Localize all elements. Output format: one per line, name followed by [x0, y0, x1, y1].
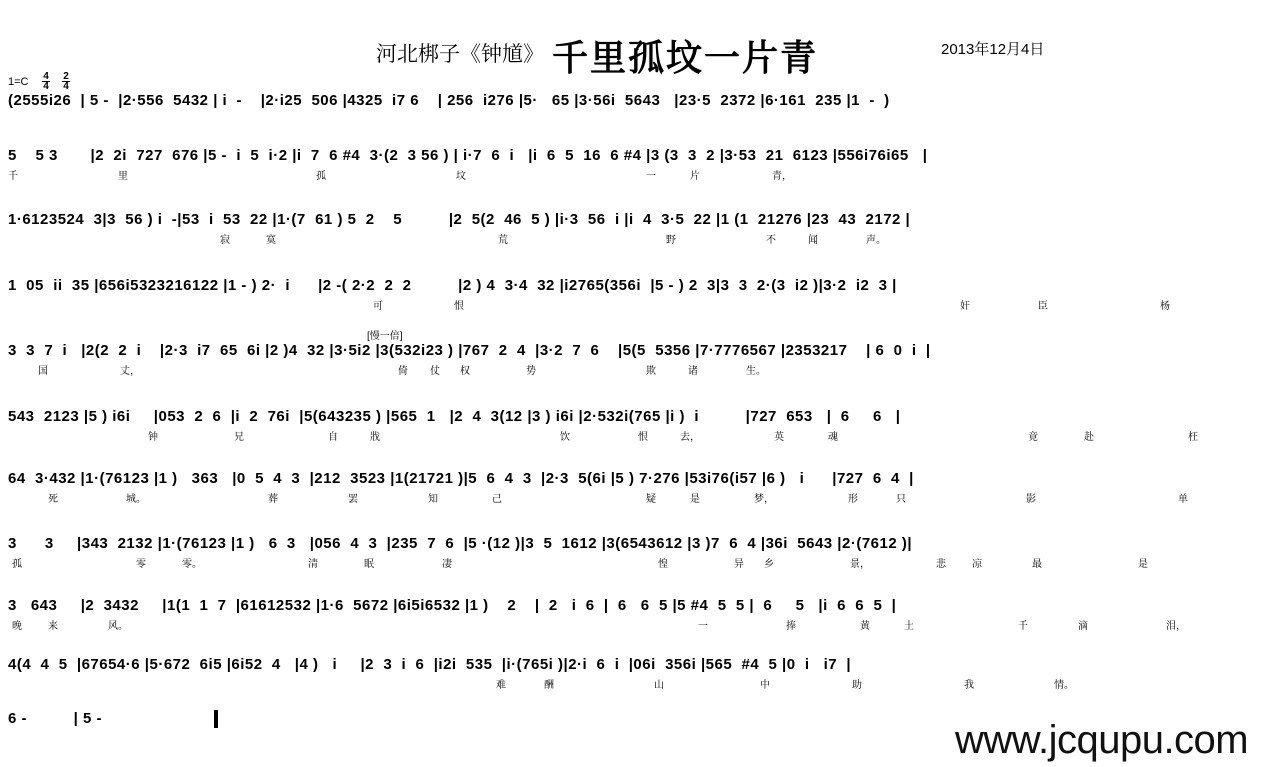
score-row: 4(4 4 5 |67654·6 |5·672 6i5 |6i52 4 |4 )… [8, 656, 1278, 696]
lyric-char: 戕 [370, 428, 380, 443]
lyric-char: 我 [964, 676, 974, 691]
lyric-char: 酬 [544, 676, 554, 691]
lyrics-line: 可恨奸臣杨 [8, 297, 1278, 313]
lyric-char: 千 [8, 167, 18, 182]
lyric-char: 一 [646, 167, 656, 182]
lyric-char: 乡 [764, 555, 774, 570]
lyric-char: 钟 [148, 428, 158, 443]
lyric-char: 情。 [1054, 676, 1074, 691]
score-row: 543 2123 |5 ) i6i |053 2 6 |i 2 76i |5(6… [8, 408, 1278, 448]
lyric-char: 凄 [442, 555, 452, 570]
lyric-char: 单 [1178, 490, 1188, 505]
lyric-char: 罢 [348, 490, 358, 505]
opera-subtitle: 河北梆子《钟馗》 [376, 38, 544, 68]
lyric-char: 孤 [316, 167, 326, 182]
lyric-char: 来 [48, 617, 58, 632]
lyric-char: 晚 [12, 617, 22, 632]
lyric-char: 兄 [234, 428, 244, 443]
lyric-char: 己 [492, 490, 502, 505]
lyric-char: 野 [666, 231, 676, 246]
lyric-char: 零 [136, 555, 146, 570]
time-signature-4-4: 4 4 [42, 72, 50, 91]
lyric-char: 生。 [746, 362, 766, 377]
lyric-char: 杨 [1160, 297, 1170, 312]
lyric-char: 黄 [860, 617, 870, 632]
score-row: 3 3 7 i |2(2 2 i |2·3 i7 65 6i |2 )4 32 … [8, 342, 1278, 382]
lyric-char: 土 [904, 617, 914, 632]
lyric-char: 疑 [646, 490, 656, 505]
lyric-char: 寂 [220, 231, 230, 246]
lyrics-line: 晚来风。一捧黄土千滴泪， [8, 617, 1278, 633]
lyrics-line: 难酬山中助我情。 [8, 676, 1278, 692]
lyric-char: 是 [690, 490, 700, 505]
time-sig-top: 4 [42, 72, 50, 81]
notation-line: 5 5 3 |2 2i 727 676 |5 - i 5 i·2 |i 7 6 … [8, 147, 927, 164]
notation-line: 1·6123524 3|3 56 ) i -|53 i 53 22 |1·(7 … [8, 211, 910, 228]
final-barline [214, 710, 218, 728]
lyric-char: 零。 [182, 555, 202, 570]
lyric-char: 仗 [430, 362, 440, 377]
lyric-char: 难 [496, 676, 506, 691]
key-signature: 1=C [8, 76, 29, 88]
lyric-char: 不 [766, 231, 776, 246]
lyric-char: 奸 [960, 297, 970, 312]
lyric-char: 知 [428, 490, 438, 505]
lyric-char: 眠 [364, 555, 374, 570]
lyric-char: 恨 [454, 297, 464, 312]
score-row: 1·6123524 3|3 56 ) i -|53 i 53 22 |1·(7 … [8, 211, 1278, 251]
lyric-char: 势 [526, 362, 536, 377]
lyrics-line: 死城。葬罢知己疑是梦，形只影单 [8, 490, 1278, 506]
lyric-char: 城。 [126, 490, 146, 505]
lyric-char: 滴 [1078, 617, 1088, 632]
lyric-char: 坟 [456, 167, 466, 182]
lyrics-line: 千里孤坟一片青， [8, 167, 1278, 183]
notation-line: 543 2123 |5 ) i6i |053 2 6 |i 2 76i |5(6… [8, 408, 901, 425]
lyric-char: 助 [852, 676, 862, 691]
score-row: (2555i26 | 5 - |2·556 5432 | i - |2·i25 … [8, 92, 1278, 132]
lyric-char: 竟 [1028, 428, 1038, 443]
lyric-char: 荒 [498, 231, 508, 246]
lyric-char: 只 [896, 490, 906, 505]
lyric-char: 泪， [1166, 617, 1186, 632]
notation-line: (2555i26 | 5 - |2·556 5432 | i - |2·i25 … [8, 92, 890, 109]
notation-line: 1 05 ii 35 |656i5323216122 |1 - ) 2· i |… [8, 277, 897, 294]
lyric-char: 里 [118, 167, 128, 182]
lyric-char: 梦， [754, 490, 774, 505]
lyric-char: 闻 [808, 231, 818, 246]
lyric-char: 诸 [688, 362, 698, 377]
notation-line: 3 3 7 i |2(2 2 i |2·3 i7 65 6i |2 )4 32 … [8, 342, 931, 359]
lyric-char: 英 [774, 428, 784, 443]
notation-line: 64 3·432 |1·(76123 |1 ) 363 |0 5 4 3 |21… [8, 470, 914, 487]
notation-line: 3 3 |343 2132 |1·(76123 |1 ) 6 3 |056 4 … [8, 535, 912, 552]
score-row: 3 643 |2 3432 |1(1 1 7 |61612532 |1·6 56… [8, 597, 1278, 637]
lyric-char: 影 [1026, 490, 1036, 505]
lyric-char: 最 [1032, 555, 1042, 570]
lyric-char: 丈， [120, 362, 140, 377]
time-sig-bottom: 4 [62, 82, 70, 91]
tempo-marking: [慢一倍] [367, 327, 403, 342]
score-row: 5 5 3 |2 2i 727 676 |5 - i 5 i·2 |i 7 6 … [8, 147, 1278, 187]
lyric-char: 饮 [560, 428, 570, 443]
lyric-char: 捧 [786, 617, 796, 632]
notation-line: 4(4 4 5 |67654·6 |5·672 6i5 |6i52 4 |4 )… [8, 656, 851, 673]
lyric-char: 惶 [658, 555, 668, 570]
lyric-char: 赴 [1084, 428, 1094, 443]
lyric-char: 寞 [266, 231, 276, 246]
lyric-char: 倚 [398, 362, 408, 377]
lyric-char: 死 [48, 490, 58, 505]
lyric-char: 国 [38, 362, 48, 377]
lyric-char: 葬 [268, 490, 278, 505]
lyric-char: 枉 [1188, 428, 1198, 443]
watermark: www.jcqupu.com [955, 718, 1248, 763]
lyric-char: 恨 [638, 428, 648, 443]
lyric-char: 魂 [828, 428, 838, 443]
lyrics-line: 国丈，倚仗权势欺诸生。 [8, 362, 1278, 378]
score-date: 2013年12月4日 [941, 38, 1044, 59]
lyrics-line: 钟兄自戕饮恨去，英魂竟赴枉 [8, 428, 1278, 444]
lyric-char: 凉 [972, 555, 982, 570]
lyric-char: 形 [848, 490, 858, 505]
song-title: 千里孤坟一片青 [552, 30, 818, 81]
lyric-char: 青， [772, 167, 792, 182]
lyric-char: 自 [328, 428, 338, 443]
lyrics-line: 孤零零。清眠凄惶异乡景，悲凉最是 [8, 555, 1278, 571]
lyric-char: 悲 [936, 555, 946, 570]
lyric-char: 臣 [1038, 297, 1048, 312]
lyric-char: 风。 [108, 617, 128, 632]
time-sig-top: 2 [62, 72, 70, 81]
lyric-char: 声。 [866, 231, 886, 246]
lyric-char: 中 [760, 676, 770, 691]
score-row: 64 3·432 |1·(76123 |1 ) 363 |0 5 4 3 |21… [8, 470, 1278, 510]
lyric-char: 千 [1018, 617, 1028, 632]
lyric-char: 清 [308, 555, 318, 570]
score-row: 1 05 ii 35 |656i5323216122 |1 - ) 2· i |… [8, 277, 1278, 317]
lyric-char: 去， [680, 428, 700, 443]
notation-line: 6 - | 5 - [8, 710, 102, 727]
score-row: 3 3 |343 2132 |1·(76123 |1 ) 6 3 |056 4 … [8, 535, 1278, 575]
lyrics-line [8, 112, 1278, 128]
lyric-char: 山 [654, 676, 664, 691]
lyric-char: 异 [734, 555, 744, 570]
lyric-char: 可 [373, 297, 383, 312]
time-sig-bottom: 4 [42, 82, 50, 91]
lyric-char: 是 [1138, 555, 1148, 570]
lyric-char: 欺 [646, 362, 656, 377]
lyric-char: 片 [690, 167, 700, 182]
time-signature-2-4: 2 4 [62, 72, 70, 91]
lyric-char: 一 [698, 617, 708, 632]
lyric-char: 孤 [12, 555, 22, 570]
notation-line: 3 643 |2 3432 |1(1 1 7 |61612532 |1·6 56… [8, 597, 896, 614]
lyrics-line: 寂寞荒野不闻声。 [8, 231, 1278, 247]
lyric-char: 权 [460, 362, 470, 377]
lyric-char: 景， [850, 555, 870, 570]
